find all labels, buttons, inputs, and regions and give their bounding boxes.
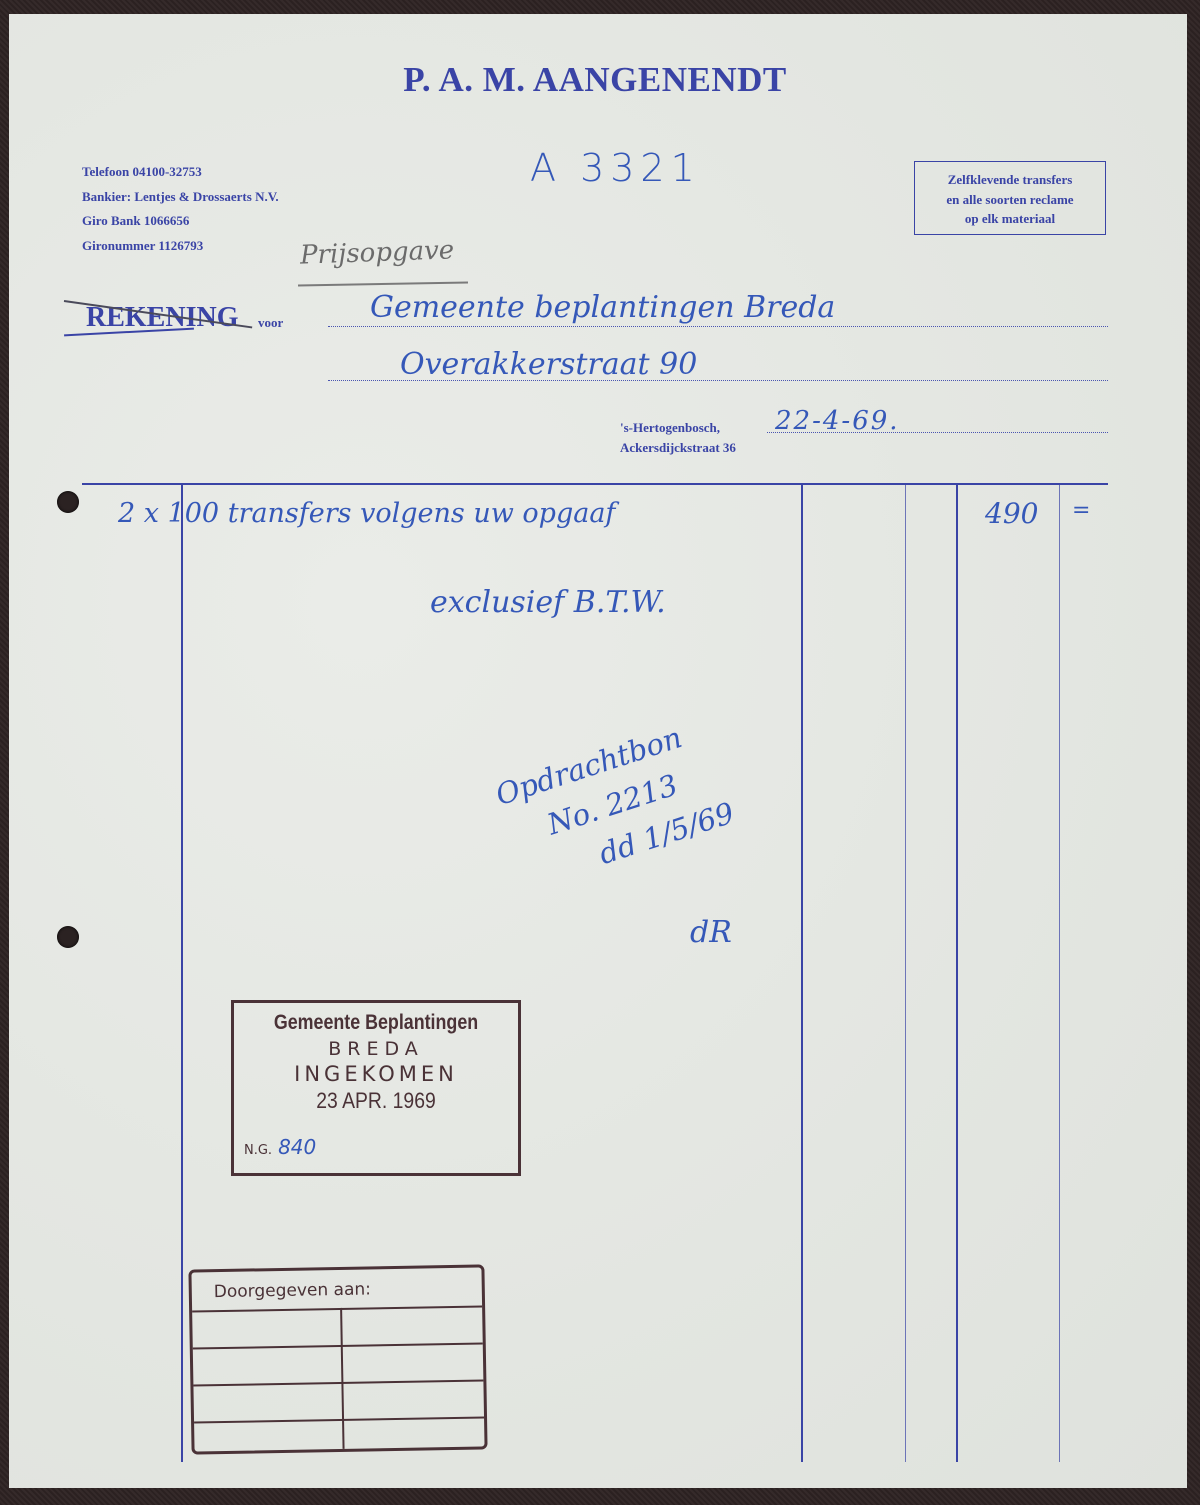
table-top-rule	[82, 483, 1108, 485]
company-name: P. A. M. AANGENENDT	[0, 60, 1190, 100]
pencil-note: Prijsopgave	[300, 235, 455, 270]
stamp-reg-number: 840	[278, 1135, 316, 1159]
sender-address: 's-Hertogenbosch, Ackersdijckstraat 36	[620, 418, 736, 458]
stamp-column-line	[340, 1308, 344, 1449]
stamp-status: INGEKOMEN	[234, 1062, 518, 1086]
advertising-box: Zelfklevende transfers en alle soorten r…	[914, 161, 1106, 235]
stamp-date: 23 APR. 1969	[251, 1088, 501, 1114]
stamp-org: Gemeente Beplantingen	[255, 1011, 496, 1035]
forwarded-to-stamp: Doorgegeven aan:	[188, 1264, 487, 1454]
sender-city: 's-Hertogenbosch,	[620, 418, 736, 438]
line-item-description: 2 x 100 transfers volgens uw opgaaf	[118, 498, 615, 529]
ad-line: op elk materiaal	[915, 209, 1105, 229]
phone-line: Telefoon 04100-32753	[82, 160, 279, 185]
ad-line: Zelfklevende transfers	[915, 170, 1105, 190]
sender-street: Ackersdijckstraat 36	[620, 438, 736, 458]
table-column-line	[181, 484, 183, 1462]
initials: dR	[690, 915, 732, 950]
stamp-row-line	[193, 1342, 483, 1349]
table-column-line	[801, 484, 803, 1462]
recipient-name: Gemeente beplantingen Breda	[370, 290, 835, 325]
recipient-address: Overakkerstraat 90	[400, 347, 697, 382]
stamp-registration: N.G.840	[244, 1135, 316, 1159]
line-item-amount: 490	[985, 497, 1038, 530]
bank-line: Bankier: Lentjes & Drossaerts N.V.	[82, 185, 279, 210]
received-stamp: Gemeente Beplantingen BREDA INGEKOMEN 23…	[231, 1000, 521, 1176]
invoice-date: 22-4-69.	[775, 406, 900, 436]
for-label: voor	[258, 315, 283, 331]
stamp-city: BREDA	[234, 1038, 518, 1060]
stamp-row-line	[193, 1379, 483, 1386]
table-column-line	[905, 484, 906, 1462]
stamp-reg-label: N.G.	[244, 1143, 272, 1158]
table-column-line	[1059, 484, 1060, 1462]
punch-hole	[57, 926, 79, 948]
stamp-row-line	[192, 1305, 482, 1312]
document-number: A 3321	[530, 146, 701, 190]
punch-hole	[57, 491, 79, 513]
giro-bank-line: Giro Bank 1066656	[82, 209, 279, 234]
table-column-line	[956, 484, 958, 1462]
recipient-line-1-rule	[328, 326, 1108, 327]
contact-details: Telefoon 04100-32753 Bankier: Lentjes & …	[82, 160, 279, 258]
vat-note: exclusief B.T.W.	[430, 585, 666, 620]
stamp-row-line	[194, 1416, 484, 1423]
forwarded-to-label: Doorgegeven aan:	[214, 1279, 371, 1302]
giro-number-line: Gironummer 1126793	[82, 234, 279, 259]
line-item-suffix: =	[1072, 498, 1090, 523]
ad-line: en alle soorten reclame	[915, 190, 1105, 210]
